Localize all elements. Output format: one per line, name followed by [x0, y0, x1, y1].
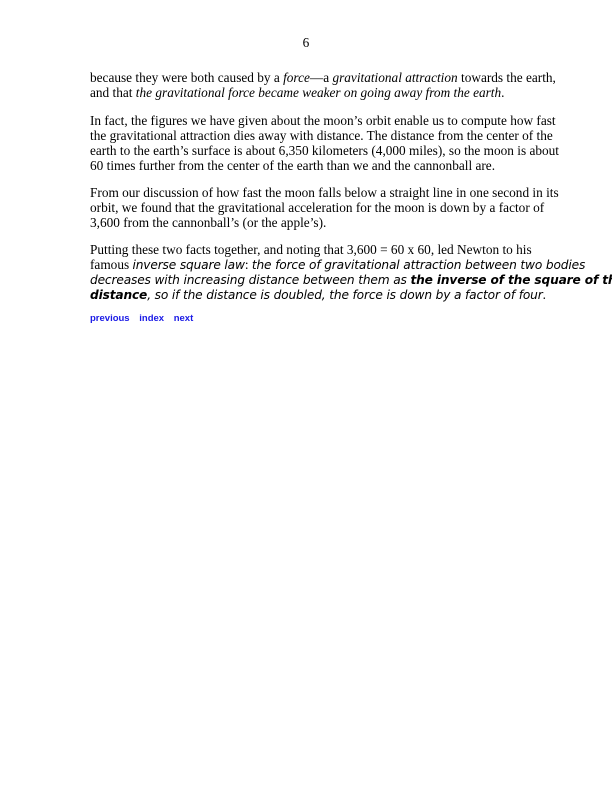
paragraph: From our discussion of how fast the moon… — [90, 186, 520, 231]
text-segment: because they were both caused by a — [90, 70, 283, 85]
text-segment: 60 times further from the center of the … — [90, 158, 495, 173]
paragraph: Putting these two facts together, and no… — [90, 243, 520, 303]
paragraph: In fact, the figures we have given about… — [90, 114, 520, 174]
text-line: earth to the earth’s surface is about 6,… — [90, 144, 520, 159]
text-segment: In fact, the figures we have given about… — [90, 113, 556, 128]
previous-link[interactable]: previous — [90, 313, 130, 324]
page-number: 6 — [0, 35, 612, 51]
text-line: famous inverse square law: the force of … — [90, 258, 520, 273]
text-line: orbit, we found that the gravitational a… — [90, 201, 520, 216]
text-segment: distance — [90, 288, 147, 302]
text-segment: inverse square law — [132, 258, 244, 272]
text-segment: the gravitational force became weaker on… — [136, 85, 501, 100]
text-line: the gravitational attraction dies away w… — [90, 129, 520, 144]
text-line: In fact, the figures we have given about… — [90, 114, 520, 129]
text-segment: , so if the distance is doubled, the for… — [147, 288, 542, 302]
document-body: because they were both caused by a force… — [90, 71, 520, 325]
text-segment: famous — [90, 257, 132, 272]
text-segment: From our discussion of how fast the moon… — [90, 185, 559, 200]
text-segment: orbit, we found that the gravitational a… — [90, 200, 544, 215]
text-segment: the force of gravitational attraction be… — [252, 258, 585, 272]
text-line: decreases with increasing distance betwe… — [90, 273, 520, 288]
text-line: Putting these two facts together, and no… — [90, 243, 520, 258]
text-line: and that the gravitational force became … — [90, 86, 520, 101]
text-segment: gravitational attraction — [332, 70, 457, 85]
text-segment: the inverse of the square of that — [410, 273, 612, 287]
text-segment: —a — [310, 70, 333, 85]
text-segment: . — [501, 85, 504, 100]
text-line: From our discussion of how fast the moon… — [90, 186, 520, 201]
text-segment: Putting these two facts together, and no… — [90, 242, 532, 257]
text-segment: and that — [90, 85, 136, 100]
text-segment: earth to the earth’s surface is about 6,… — [90, 143, 559, 158]
index-link[interactable]: index — [139, 313, 164, 324]
text-segment: 3,600 from the cannonball’s (or the appl… — [90, 215, 326, 230]
text-line: 60 times further from the center of the … — [90, 159, 520, 174]
text-line: 3,600 from the cannonball’s (or the appl… — [90, 216, 520, 231]
navigation-links: previous index next — [90, 313, 520, 325]
next-link[interactable]: next — [174, 313, 194, 324]
text-segment: decreases with increasing distance betwe… — [90, 273, 410, 287]
text-line: distance, so if the distance is doubled,… — [90, 288, 520, 303]
text-line: because they were both caused by a force… — [90, 71, 520, 86]
paragraph: because they were both caused by a force… — [90, 71, 520, 101]
text-segment: : — [245, 257, 252, 272]
text-segment: . — [543, 287, 546, 302]
paragraph-container: because they were both caused by a force… — [90, 71, 520, 303]
text-segment: force — [283, 70, 310, 85]
text-segment: towards the earth, — [458, 70, 556, 85]
text-segment: the gravitational attraction dies away w… — [90, 128, 553, 143]
